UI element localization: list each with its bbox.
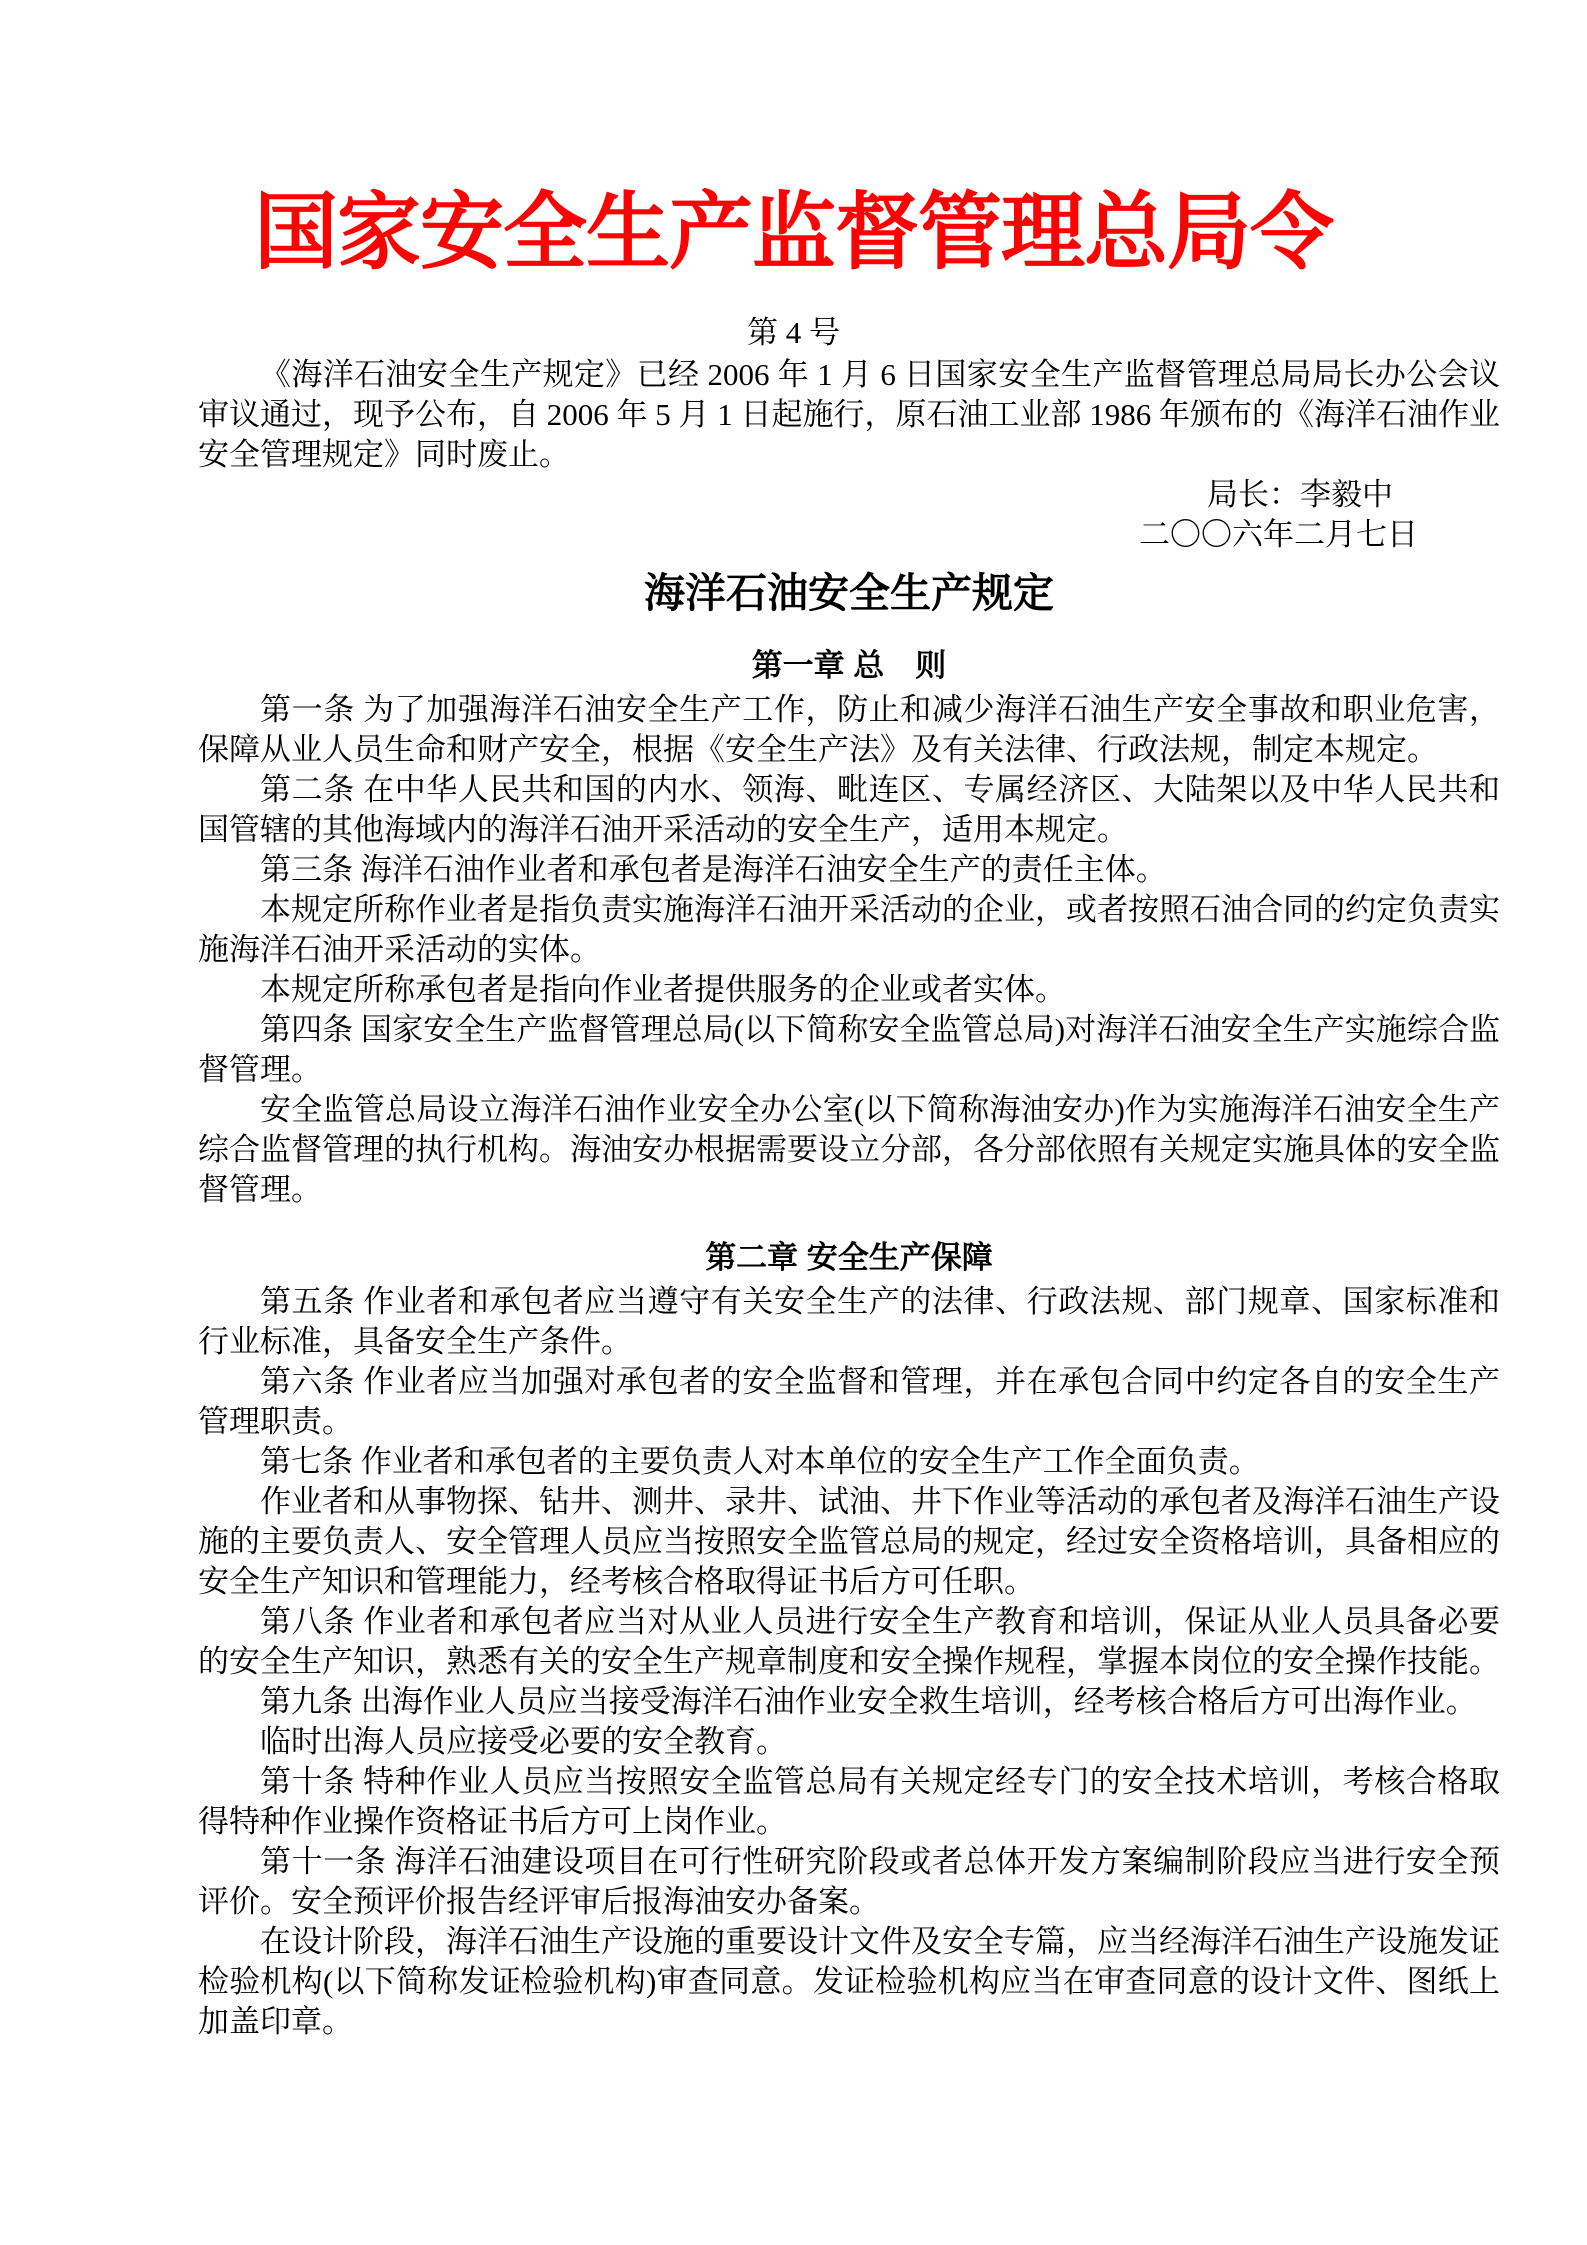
article-paragraph: 作业者和从事物探、钻井、测井、录井、试油、井下作业等活动的承包者及海洋石油生产设…: [198, 1482, 1500, 1602]
signature-line: 局长：李毅中: [198, 475, 1500, 515]
chapter-2-heading: 第二章 安全生产保障: [198, 1238, 1500, 1278]
document-page: 国家安全生产监督管理总局令 第 4 号 《海洋石油安全生产规定》已经 2006 …: [0, 0, 1587, 2245]
article-paragraph: 第九条 出海作业人员应当接受海洋石油作业安全救生培训，经考核合格后方可出海作业。: [198, 1682, 1500, 1722]
article-paragraph: 第五条 作业者和承包者应当遵守有关安全生产的法律、行政法规、部门规章、国家标准和…: [198, 1282, 1500, 1362]
article-paragraph: 第四条 国家安全生产监督管理总局(以下简称安全监管总局)对海洋石油安全生产实施综…: [198, 1010, 1500, 1090]
article-paragraph: 第六条 作业者应当加强对承包者的安全监督和管理，并在承包合同中约定各自的安全生产…: [198, 1362, 1500, 1442]
article-paragraph: 本规定所称作业者是指负责实施海洋石油开采活动的企业，或者按照石油合同的约定负责实…: [198, 890, 1500, 970]
article-paragraph: 第十一条 海洋石油建设项目在可行性研究阶段或者总体开发方案编制阶段应当进行安全预…: [198, 1842, 1500, 1922]
chapter-1-heading: 第一章 总 则: [198, 646, 1500, 686]
regulation-title: 海洋石油安全生产规定: [198, 568, 1500, 618]
date-line: 二〇〇六年二月七日: [198, 515, 1500, 555]
article-paragraph: 在设计阶段，海洋石油生产设施的重要设计文件及安全专篇，应当经海洋石油生产设施发证…: [198, 1922, 1500, 2042]
article-paragraph: 第一条 为了加强海洋石油安全生产工作，防止和减少海洋石油生产安全事故和职业危害，…: [198, 690, 1500, 770]
article-paragraph: 本规定所称承包者是指向作业者提供服务的企业或者实体。: [198, 970, 1500, 1010]
article-paragraph: 第十条 特种作业人员应当按照安全监管总局有关规定经专门的安全技术培训，考核合格取…: [198, 1762, 1500, 1842]
article-paragraph: 第三条 海洋石油作业者和承包者是海洋石油安全生产的责任主体。: [198, 850, 1500, 890]
article-paragraph: 第二条 在中华人民共和国的内水、领海、毗连区、专属经济区、大陆架以及中华人民共和…: [198, 770, 1500, 850]
article-paragraph: 临时出海人员应接受必要的安全教育。: [198, 1722, 1500, 1762]
preamble-paragraph: 《海洋石油安全生产规定》已经 2006 年 1 月 6 日国家安全生产监督管理总…: [198, 355, 1500, 475]
article-paragraph: 第七条 作业者和承包者的主要负责人对本单位的安全生产工作全面负责。: [198, 1442, 1500, 1482]
document-body: 《海洋石油安全生产规定》已经 2006 年 1 月 6 日国家安全生产监督管理总…: [198, 355, 1500, 2042]
article-paragraph: 安全监管总局设立海洋石油作业安全办公室(以下简称海油安办)作为实施海洋石油安全生…: [198, 1090, 1500, 1210]
masthead-title: 国家安全生产监督管理总局令: [0, 186, 1587, 283]
order-number: 第 4 号: [0, 313, 1587, 353]
article-paragraph: 第八条 作业者和承包者应当对从业人员进行安全生产教育和培训，保证从业人员具备必要…: [198, 1602, 1500, 1682]
